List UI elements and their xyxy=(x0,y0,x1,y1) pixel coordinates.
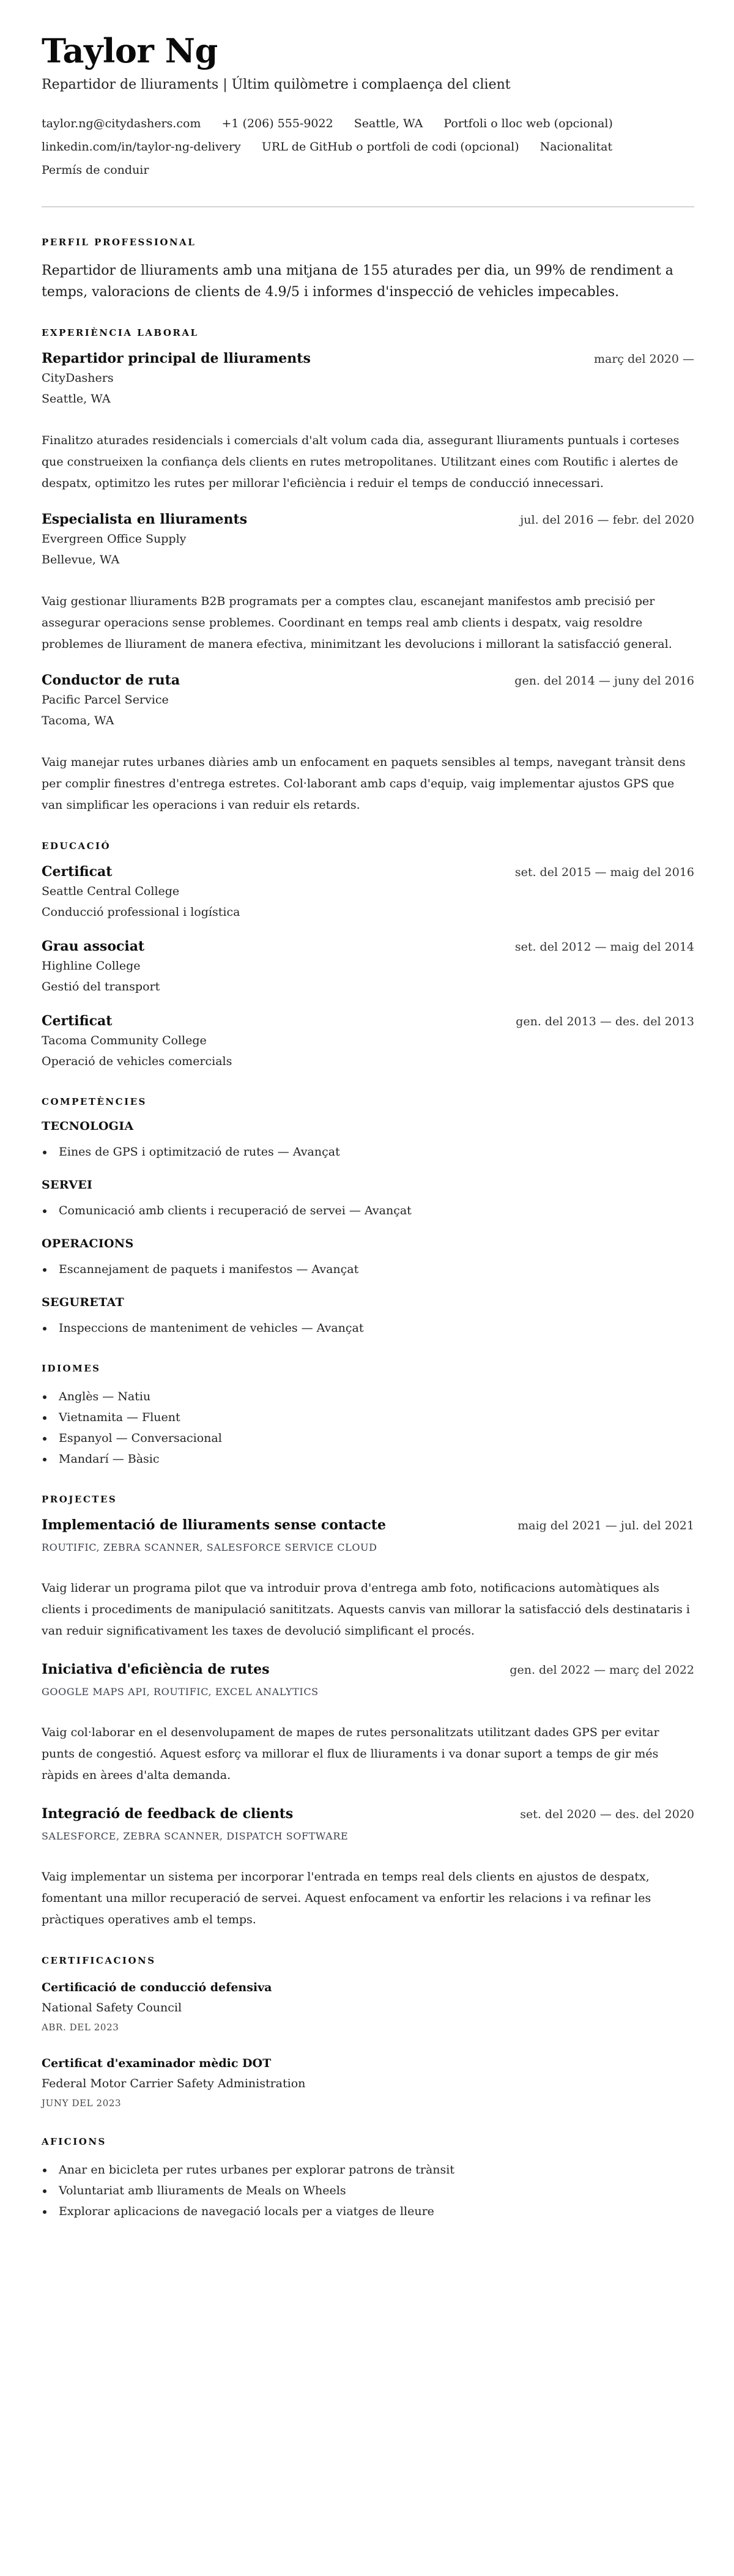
projects-section: Projectes Implementació de lliuraments s… xyxy=(42,1494,694,1931)
certification-date: juny del 2023 xyxy=(42,2095,694,2112)
section-title: Idiomes xyxy=(42,1363,694,1374)
school-name: Highline College xyxy=(42,956,694,976)
hobbies-list: Anar en bicicleta per rutes urbanes per … xyxy=(42,2159,694,2222)
summary-text: Repartidor de lliuraments amb una mitjan… xyxy=(42,260,694,303)
skill-item: Eines de GPS i optimització de rutes — A… xyxy=(42,1141,694,1162)
school-name: Seattle Central College xyxy=(42,881,694,902)
certification-name: Certificació de conducció defensiva xyxy=(42,1978,694,1997)
certifications-list: Certificació de conducció defensivaNatio… xyxy=(42,1978,694,2112)
project-name: Iniciativa d'eficiència de rutes xyxy=(42,1661,270,1677)
skill-group-title: SEGURETAT xyxy=(42,1296,694,1309)
section-title: Perfil professional xyxy=(42,237,694,248)
languages-list: Anglès — NatiuVietnamita — FluentEspanyo… xyxy=(42,1386,694,1469)
project-dates: gen. del 2022 — març del 2022 xyxy=(510,1663,694,1677)
degree-name: Certificat xyxy=(42,1013,112,1029)
contact-github[interactable]: URL de GitHub o portfoli de codi (opcion… xyxy=(262,135,519,158)
languages-section: Idiomes Anglès — NatiuVietnamita — Fluen… xyxy=(42,1363,694,1469)
contact-phone[interactable]: +1 (206) 555-9022 xyxy=(221,112,333,135)
entry-header: Iniciativa d'eficiència de rutesgen. del… xyxy=(42,1661,694,1677)
entry-header: Implementació de lliuraments sense conta… xyxy=(42,1517,694,1533)
skill-list: Eines de GPS i optimització de rutes — A… xyxy=(42,1141,694,1162)
degree-name: Certificat xyxy=(42,864,112,880)
project-entry: Implementació de lliuraments sense conta… xyxy=(42,1517,694,1642)
contact-email[interactable]: taylor.ng@citydashers.com xyxy=(42,112,201,135)
section-title: Projectes xyxy=(42,1494,694,1505)
job-title: Repartidor principal de lliuraments xyxy=(42,351,311,366)
language-item: Anglès — Natiu xyxy=(42,1386,694,1407)
candidate-headline: Repartidor de lliuraments | Últim quilòm… xyxy=(42,76,694,95)
hobby-item: Voluntariat amb lliuraments de Meals on … xyxy=(42,2180,694,2201)
language-item: Vietnamita — Fluent xyxy=(42,1407,694,1428)
section-title: Certificacions xyxy=(42,1955,694,1966)
job-dates: març del 2020 — xyxy=(594,352,694,366)
skill-group-title: TECNOLOGIA xyxy=(42,1119,694,1133)
hobbies-section: Aficions Anar en bicicleta per rutes urb… xyxy=(42,2136,694,2222)
job-description: Vaig gestionar lliuraments B2B programat… xyxy=(42,591,694,655)
experience-section: Experiència laboral Repartidor principal… xyxy=(42,327,694,816)
skill-list: Escannejament de paquets i manifestos — … xyxy=(42,1259,694,1280)
education-dates: set. del 2015 — maig del 2016 xyxy=(515,866,694,879)
skill-item: Inspeccions de manteniment de vehicles —… xyxy=(42,1318,694,1338)
job-description: Vaig manejar rutes urbanes diàries amb u… xyxy=(42,752,694,816)
contact-location: Seattle, WA xyxy=(354,112,423,135)
entry-header: Conductor de rutagen. del 2014 — juny de… xyxy=(42,672,694,688)
entry-header: Repartidor principal de lliuramentsmarç … xyxy=(42,351,694,366)
hobby-item: Explorar aplicacions de navegació locals… xyxy=(42,2201,694,2222)
language-item: Espanyol — Conversacional xyxy=(42,1428,694,1449)
education-list: Certificatset. del 2015 — maig del 2016S… xyxy=(42,864,694,1072)
section-title: Competències xyxy=(42,1096,694,1107)
certification-entry: Certificat d'examinador mèdic DOTFederal… xyxy=(42,2054,694,2112)
experience-entry: Repartidor principal de lliuramentsmarç … xyxy=(42,351,694,494)
project-name: Integració de feedback de clients xyxy=(42,1806,293,1822)
skill-item: Comunicació amb clients i recuperació de… xyxy=(42,1200,694,1221)
skills-section: Competències TECNOLOGIAEines de GPS i op… xyxy=(42,1096,694,1338)
education-section: Educació Certificatset. del 2015 — maig … xyxy=(42,841,694,1072)
certifications-section: Certificacions Certificació de conducció… xyxy=(42,1955,694,2112)
job-title: Especialista en lliuraments xyxy=(42,511,247,527)
certification-issuer: National Safety Council xyxy=(42,1997,694,2019)
school-name: Tacoma Community College xyxy=(42,1030,694,1051)
project-name: Implementació de lliuraments sense conta… xyxy=(42,1517,386,1533)
certification-name: Certificat d'examinador mèdic DOT xyxy=(42,2054,694,2073)
project-description: Vaig col·laborar en el desenvolupament d… xyxy=(42,1722,694,1786)
header-divider xyxy=(42,206,694,207)
experience-entry: Especialista en lliuramentsjul. del 2016… xyxy=(42,511,694,655)
project-dates: set. del 2020 — des. del 2020 xyxy=(520,1808,694,1821)
contact-driving-license: Permís de conduir xyxy=(42,158,149,182)
company-name: Pacific Parcel Service xyxy=(42,689,694,710)
project-tech-stack: Routific, Zebra Scanner, Salesforce Serv… xyxy=(42,1542,694,1553)
entry-header: Certificatgen. del 2013 — des. del 2013 xyxy=(42,1013,694,1029)
company-name: CityDashers xyxy=(42,368,694,388)
contact-linkedin[interactable]: linkedin.com/in/taylor-ng-delivery xyxy=(42,135,241,158)
entry-header: Especialista en lliuramentsjul. del 2016… xyxy=(42,511,694,527)
resume-page: Taylor Ng Repartidor de lliuraments | Úl… xyxy=(0,0,734,2283)
education-entry: Certificatgen. del 2013 — des. del 2013T… xyxy=(42,1013,694,1072)
contact-portfolio[interactable]: Portfoli o lloc web (opcional) xyxy=(443,112,613,135)
job-title: Conductor de ruta xyxy=(42,672,180,688)
language-item: Mandarí — Bàsic xyxy=(42,1449,694,1469)
field-of-study: Gestió del transport xyxy=(42,976,694,997)
skill-group-title: OPERACIONS xyxy=(42,1237,694,1250)
job-location: Bellevue, WA xyxy=(42,549,694,570)
education-dates: gen. del 2013 — des. del 2013 xyxy=(516,1015,694,1028)
entry-header: Certificatset. del 2015 — maig del 2016 xyxy=(42,864,694,880)
resume-header: Taylor Ng Repartidor de lliuraments | Úl… xyxy=(42,32,694,182)
field-of-study: Operació de vehicles comercials xyxy=(42,1051,694,1072)
skill-item: Escannejament de paquets i manifestos — … xyxy=(42,1259,694,1280)
entry-header: Grau associatset. del 2012 — maig del 20… xyxy=(42,938,694,954)
skill-list: Inspeccions de manteniment de vehicles —… xyxy=(42,1318,694,1338)
project-description: Vaig implementar un sistema per incorpor… xyxy=(42,1866,694,1931)
job-location: Tacoma, WA xyxy=(42,710,694,731)
project-dates: maig del 2021 — jul. del 2021 xyxy=(517,1519,694,1532)
certification-date: abr. del 2023 xyxy=(42,2019,694,2036)
contact-list: taylor.ng@citydashers.com +1 (206) 555-9… xyxy=(42,112,694,182)
job-dates: gen. del 2014 — juny del 2016 xyxy=(514,674,694,688)
hobby-item: Anar en bicicleta per rutes urbanes per … xyxy=(42,2159,694,2180)
project-entry: Iniciativa d'eficiència de rutesgen. del… xyxy=(42,1661,694,1786)
job-location: Seattle, WA xyxy=(42,388,694,409)
job-description: Finalitzo aturades residencials i comerc… xyxy=(42,430,694,494)
project-tech-stack: Google Maps API, Routific, Excel Analyti… xyxy=(42,1686,694,1698)
section-title: Educació xyxy=(42,841,694,852)
certification-issuer: Federal Motor Carrier Safety Administrat… xyxy=(42,2073,694,2095)
experience-list: Repartidor principal de lliuramentsmarç … xyxy=(42,351,694,816)
entry-header: Integració de feedback de clientsset. de… xyxy=(42,1806,694,1822)
education-dates: set. del 2012 — maig del 2014 xyxy=(515,940,694,954)
degree-name: Grau associat xyxy=(42,938,144,954)
project-description: Vaig liderar un programa pilot que va in… xyxy=(42,1578,694,1642)
certification-entry: Certificació de conducció defensivaNatio… xyxy=(42,1978,694,2036)
section-title: Experiència laboral xyxy=(42,327,694,338)
skill-list: Comunicació amb clients i recuperació de… xyxy=(42,1200,694,1221)
skill-group-title: SERVEI xyxy=(42,1178,694,1192)
candidate-name: Taylor Ng xyxy=(42,32,694,70)
section-title: Aficions xyxy=(42,2136,694,2147)
project-tech-stack: Salesforce, Zebra Scanner, Dispatch Soft… xyxy=(42,1830,694,1842)
education-entry: Certificatset. del 2015 — maig del 2016S… xyxy=(42,864,694,922)
company-name: Evergreen Office Supply xyxy=(42,529,694,549)
field-of-study: Conducció professional i logística xyxy=(42,902,694,922)
education-entry: Grau associatset. del 2012 — maig del 20… xyxy=(42,938,694,997)
projects-list: Implementació de lliuraments sense conta… xyxy=(42,1517,694,1931)
contact-nationality: Nacionalitat xyxy=(540,135,612,158)
summary-section: Perfil professional Repartidor de lliura… xyxy=(42,237,694,303)
project-entry: Integració de feedback de clientsset. de… xyxy=(42,1806,694,1931)
skills-list: TECNOLOGIAEines de GPS i optimització de… xyxy=(42,1119,694,1338)
experience-entry: Conductor de rutagen. del 2014 — juny de… xyxy=(42,672,694,816)
job-dates: jul. del 2016 — febr. del 2020 xyxy=(520,513,694,527)
